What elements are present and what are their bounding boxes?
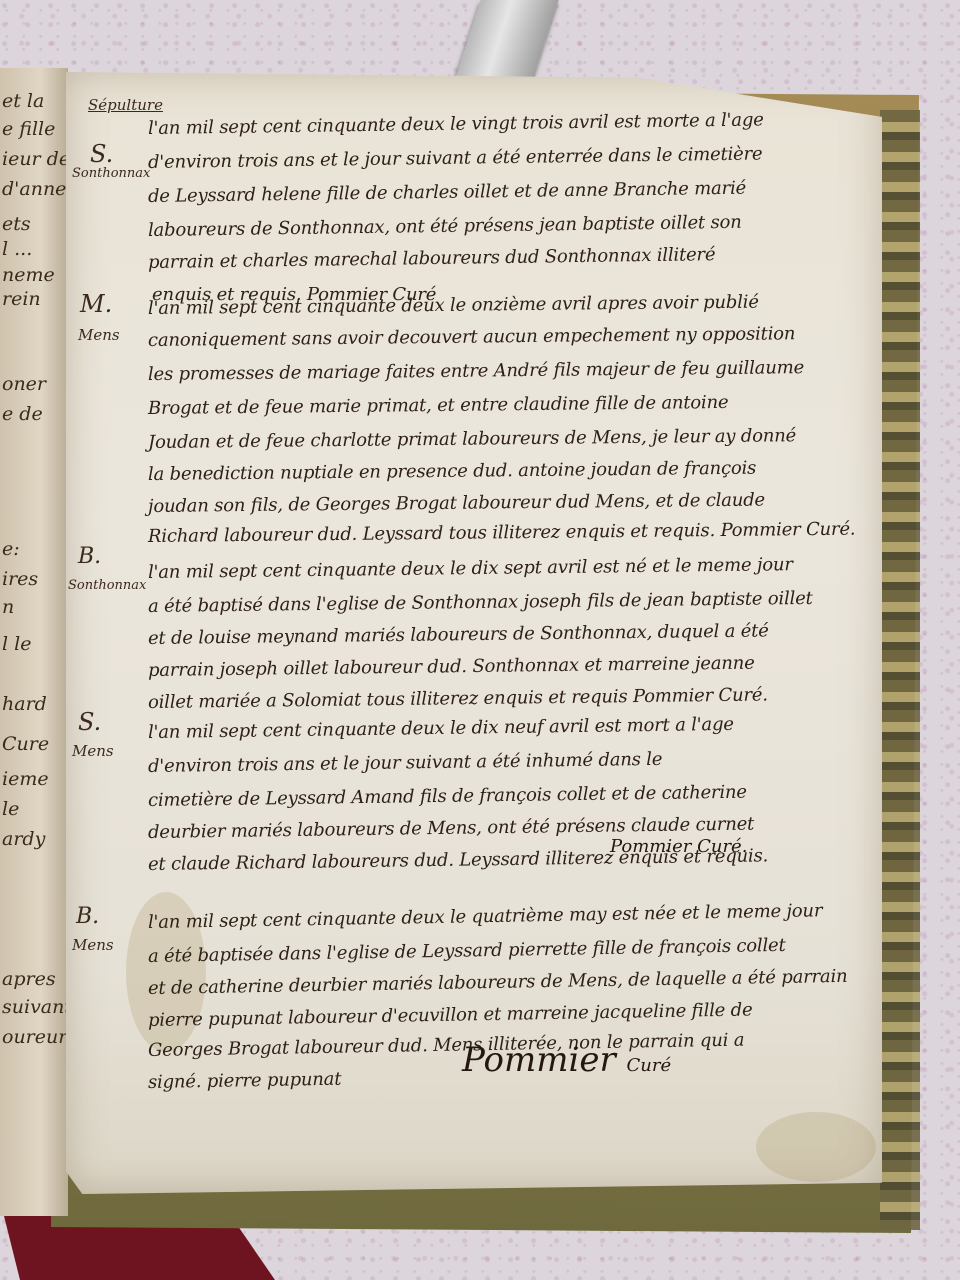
margin-note: Mens [72,936,114,954]
left-fragment: hard [2,693,47,715]
water-stain [756,1112,876,1182]
left-fragment: d'anne [2,178,66,200]
signature-pommier: Pommier Curé. [610,836,747,857]
left-fragment: le [2,798,19,820]
margin-note: S. [90,140,113,168]
margin-note: S. [78,708,101,736]
margin-note: Sépulture [88,96,163,114]
left-fragment: rein [2,288,41,310]
margin-note: Sonthonnax [68,578,146,593]
left-fragment: ets [2,213,31,235]
margin-note: M. [80,290,112,318]
signature-pommier: Pommier Curé [462,1040,671,1080]
left-fragment: apres [2,968,56,990]
left-fragment: n [2,596,14,618]
cover-marbled-edge [880,110,920,1230]
left-fragment: ires [2,568,38,590]
signature-title: Curé [627,1055,672,1076]
signature-name: Pommier [462,1040,616,1080]
left-fragment: e de [2,403,43,425]
left-fragment: oner [2,373,46,395]
left-fragment: l le [2,633,31,655]
left-fragment: ieme [2,768,49,790]
left-fragment: et la [2,90,44,112]
left-fragment: oureur [2,1026,67,1048]
left-fragment: ieur de [2,148,68,170]
left-fragment: neme [2,264,55,286]
margin-note: B. [76,904,99,929]
margin-note: Mens [72,742,114,760]
metal-weight [455,0,558,78]
register-line: signé. pierre pupunat [148,1069,342,1093]
left-fragment: ardy [2,828,45,850]
left-fragment: suivant [2,996,68,1018]
margin-note: Sonthonnax [72,166,150,181]
left-fragment: l ... [2,238,32,260]
left-fragment: Cure [2,733,49,755]
left-fragment: e fille [2,118,55,140]
left-page: et la e fille ieur de d'anne ets l ... n… [0,68,68,1216]
margin-note: B. [78,544,101,569]
margin-note: Mens [78,326,120,344]
left-fragment: e: [2,538,20,560]
